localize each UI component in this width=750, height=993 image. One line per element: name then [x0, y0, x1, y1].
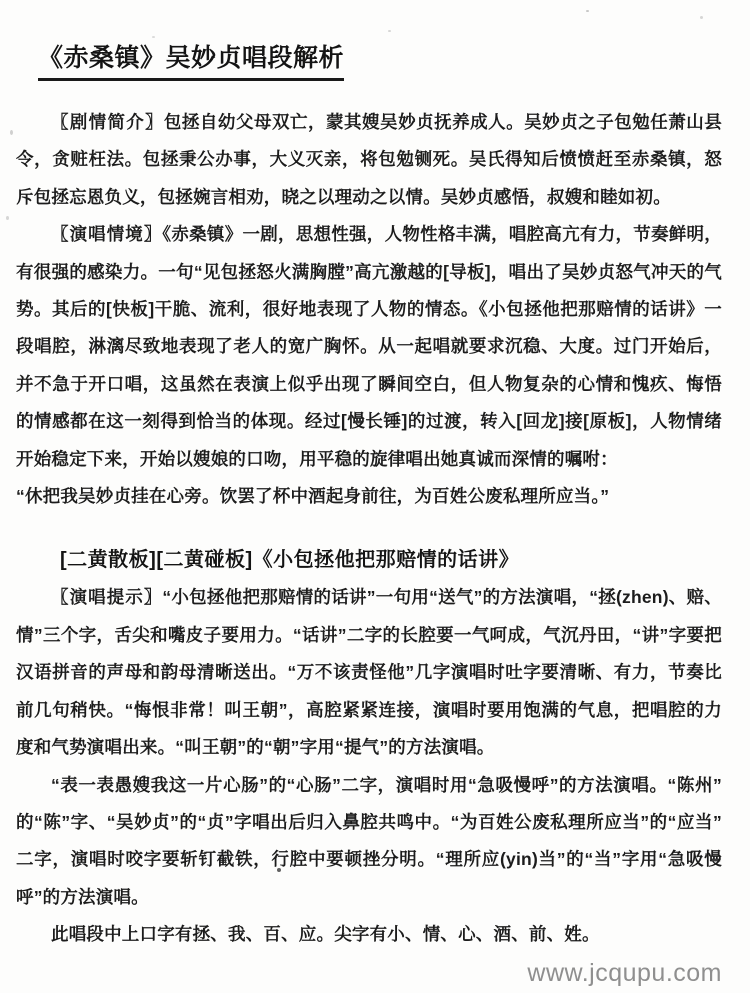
synopsis-paragraph: 〖剧情简介〗包拯自幼父母双亡，蒙其嫂吴妙贞抚养成人。吴妙贞之子包勉任萧山县令，贪… — [16, 104, 722, 216]
aria-section-heading: [二黄散板][二黄碰板]《小包拯他把那赔情的话讲》 — [60, 543, 722, 572]
context-label: 〖演唱情境〗 — [51, 224, 162, 244]
document-page: 《赤桑镇》吴妙贞唱段解析 〖剧情简介〗包拯自幼父母双亡，蒙其嫂吴妙贞抚养成人。吴… — [0, 0, 750, 993]
closing-note-paragraph: 此唱段中上口字有拯、我、百、应。尖字有小、情、心、酒、前、姓。 — [16, 916, 722, 953]
singing-tips-continued-paragraph: “表一表愚嫂我这一片心肠”的“心肠”二字，演唱时用“急吸慢呼”的方法演唱。“陈州… — [16, 767, 722, 917]
scan-speck — [6, 216, 9, 220]
scan-speck — [700, 16, 703, 19]
singing-tips-label: 〖演唱提示〗 — [51, 587, 162, 607]
scan-speck — [10, 130, 13, 135]
singing-tips-text: “小包拯他把那赔情的话讲”一句用“送气”的方法演唱，“拯(zhen)、赔、情”三… — [16, 587, 722, 757]
page-title: 《赤桑镇》吴妙贞唱段解析 — [38, 38, 344, 81]
document-content: 《赤桑镇》吴妙贞唱段解析 〖剧情简介〗包拯自幼父母双亡，蒙其嫂吴妙贞抚养成人。吴… — [16, 26, 722, 954]
lyric-quote: “休把我吴妙贞挂在心旁。饮罢了杯中酒起身前往，为百姓公废私理所应当。” — [16, 478, 722, 515]
synopsis-label: 〖剧情简介〗 — [51, 112, 164, 132]
context-text: 《赤桑镇》一剧，思想性强，人物性格丰满，唱腔高亢有力，节奏鲜明，有很强的感染力。… — [16, 224, 722, 468]
singing-tips-paragraph: 〖演唱提示〗“小包拯他把那赔情的话讲”一句用“送气”的方法演唱，“拯(zhen)… — [16, 579, 722, 766]
context-paragraph: 〖演唱情境〗《赤桑镇》一剧，思想性强，人物性格丰满，唱腔高亢有力，节奏鲜明，有很… — [16, 216, 722, 478]
scan-speck — [586, 10, 589, 12]
site-watermark: www.jcqupu.com — [527, 959, 722, 988]
